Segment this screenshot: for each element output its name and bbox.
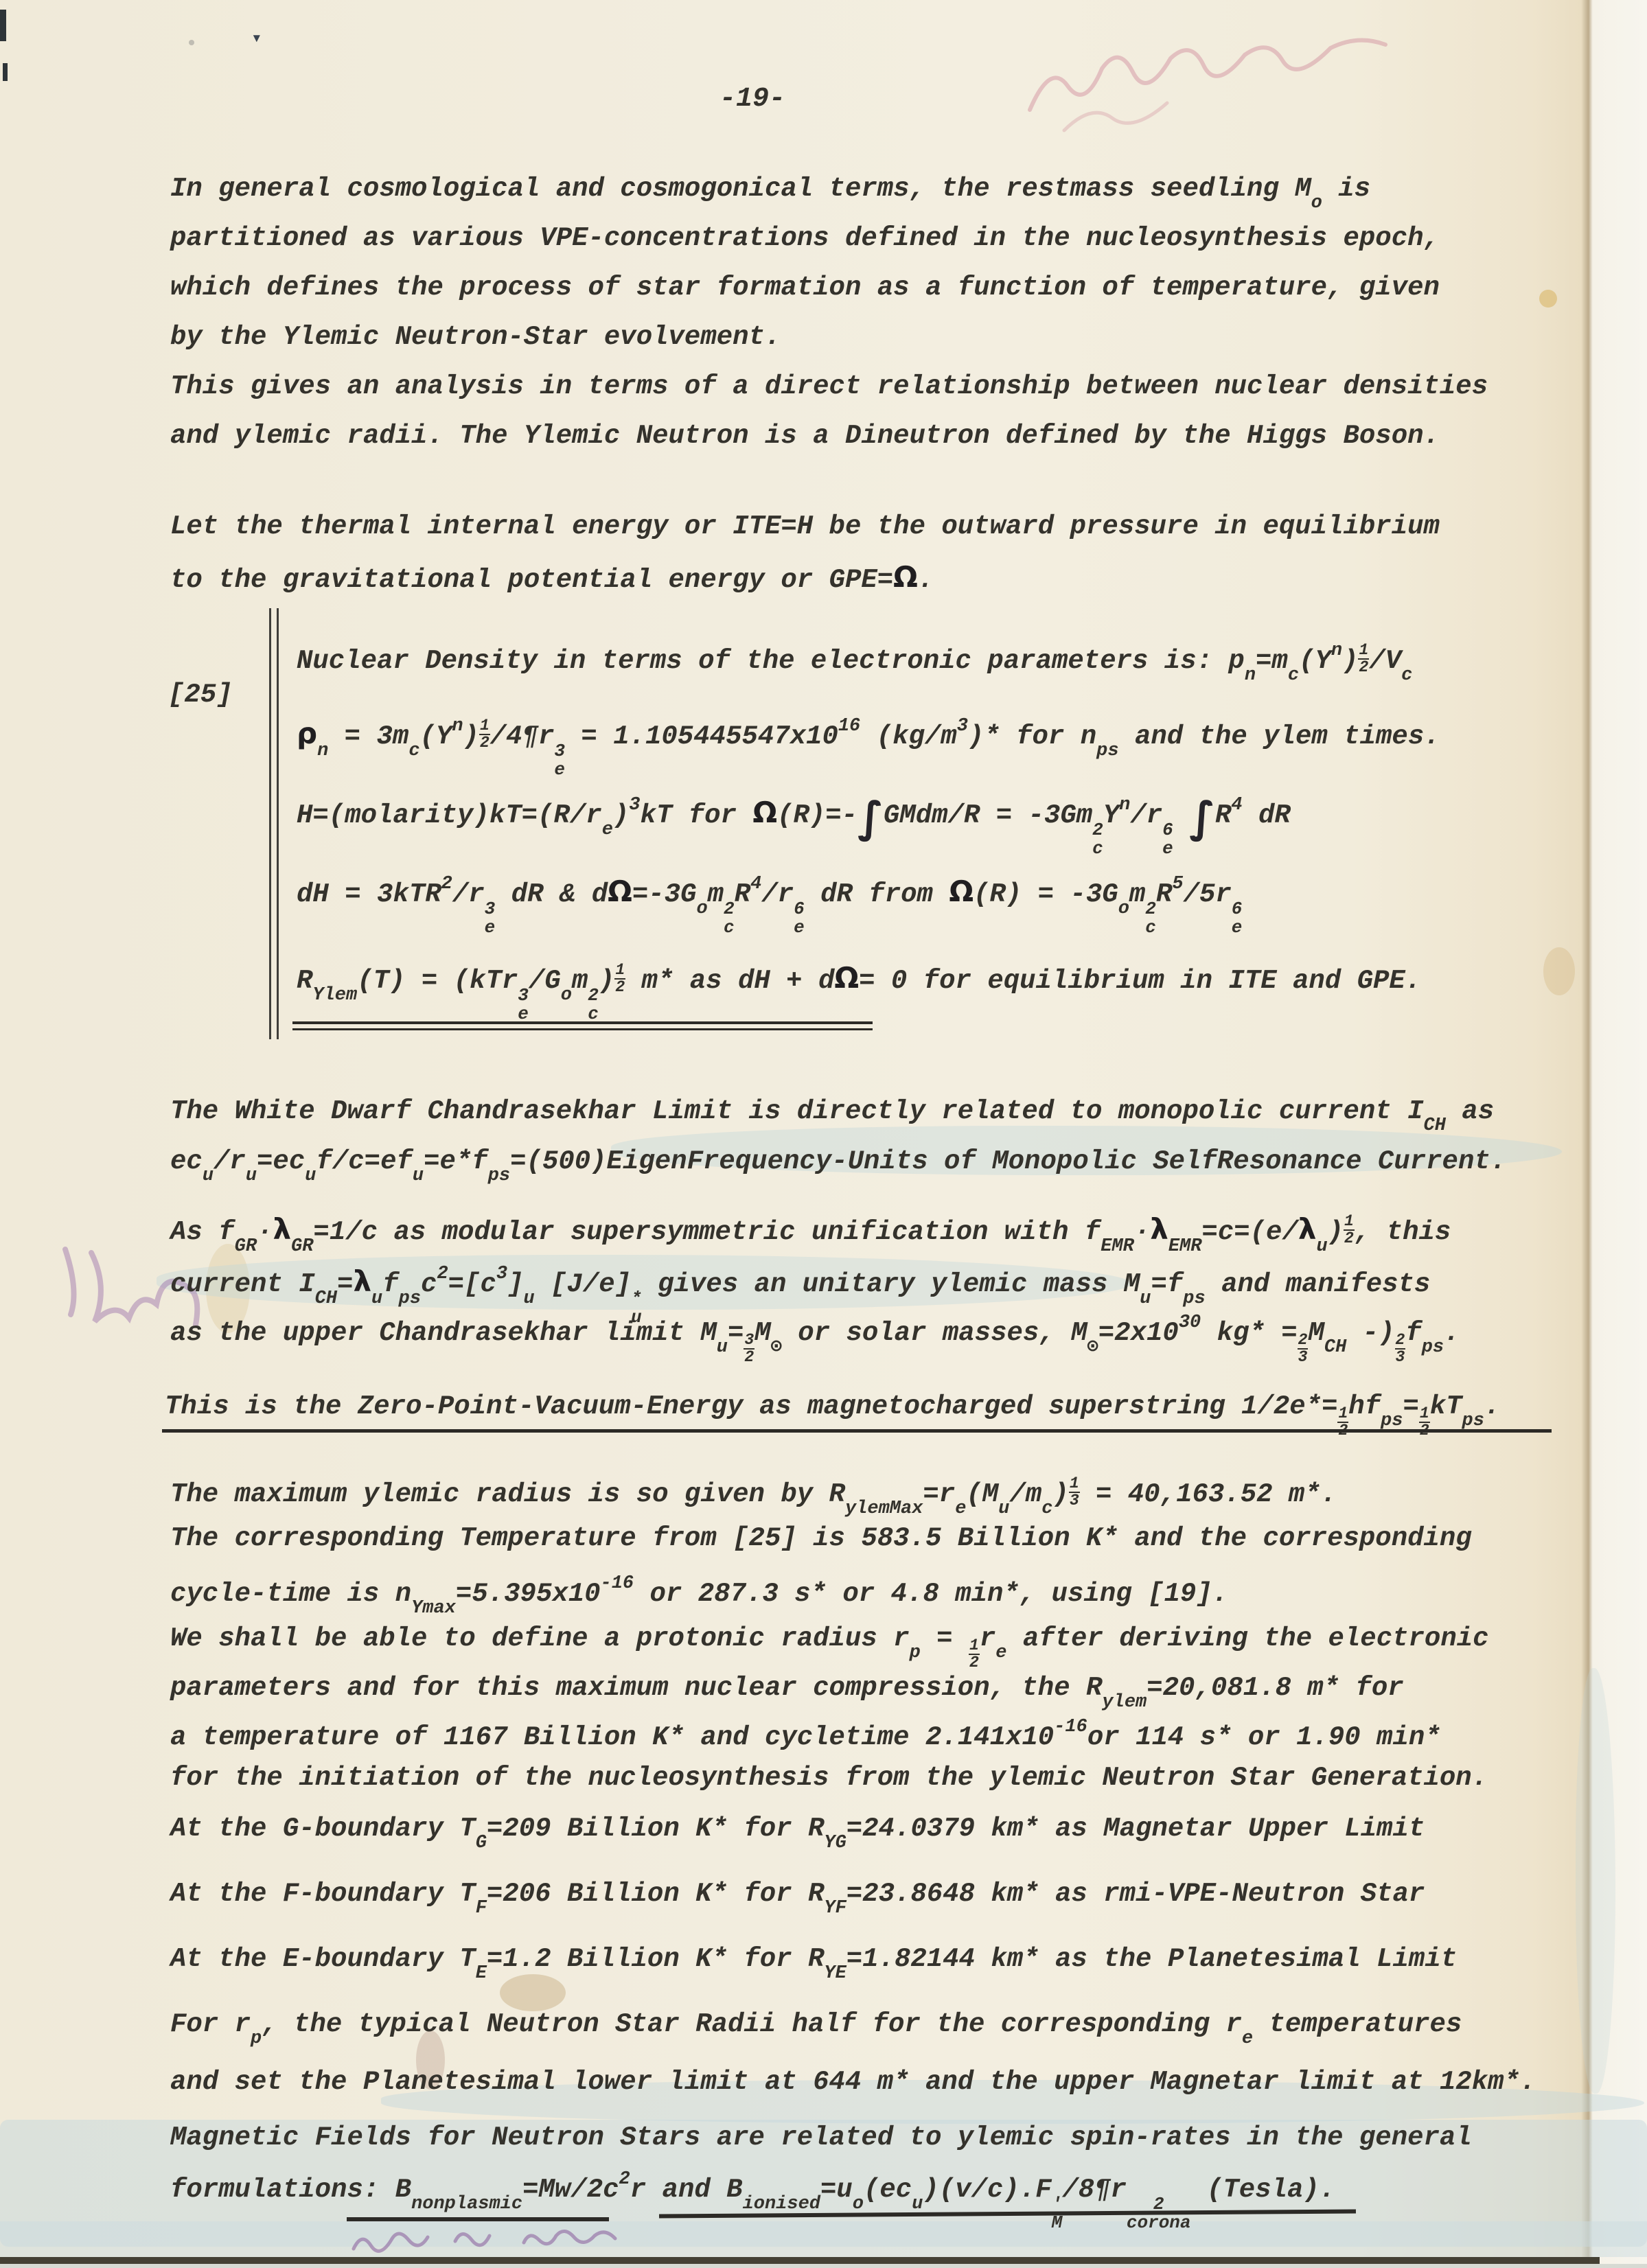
text-line: At the E-boundary TE=1.2 Billion K* for … [170,1946,1457,1983]
ink-dot [189,40,194,45]
text-line: and ylemic radii. The Ylemic Neutron is … [170,423,1440,450]
text-line: a temperature of 1167 Billion K* and cyc… [170,1718,1441,1751]
underline [347,2217,609,2221]
blue-wash [1576,1668,1615,2094]
paper-stain [1539,290,1557,308]
text-line: The White Dwarf Chandrasekhar Limit is d… [170,1098,1494,1135]
text-line: At the F-boundary TF=206 Billion K* for … [170,1881,1425,1918]
equation-line: Nuclear Density in terms of the electron… [297,642,1412,685]
text-line: The corresponding Temperature from [25] … [170,1525,1472,1552]
handwriting-scrawl-top-right [1016,27,1401,151]
page-number: -19- [719,84,785,115]
text-line: to the gravitational potential energy or… [170,563,934,594]
text-line: as the upper Chandrasekhar limit Mu=32M⊙… [170,1314,1460,1365]
equation-line: dH = 3kTR2/r3e dR & dΩ=-3Gom2cR4/r6e dR … [297,875,1242,938]
text-line: ecu/ru=ecuf/c=efu=e*fps=(500)EigenFreque… [170,1148,1506,1185]
equation-line: ρn = 3mc(Yn)12/4¶r3e = 1.105445547x1016 … [297,717,1440,780]
page-bottom-edge [0,2257,1600,2264]
text-line: We shall be able to define a protonic ra… [170,1625,1489,1671]
text-line: cycle-time is nYmax=5.395x10-16 or 287.3… [170,1575,1228,1618]
paper-stain [1543,947,1575,995]
text-line: for the initiation of the nucleosynthesi… [170,1765,1488,1792]
equation-label: [25] [168,680,233,710]
text-line: This gives an analysis in terms of a dir… [170,373,1488,400]
text-line: Let the thermal internal energy or ITE=H… [170,513,1440,540]
text-line: At the G-boundary TG=209 Billion K* for … [170,1816,1425,1853]
text-line: which defines the process of star format… [170,275,1440,301]
text-line: The maximum ylemic radius is so given by… [170,1476,1337,1518]
text-line: partitioned as various VPE-concentration… [170,225,1440,252]
scan-bed-strip [0,2264,1647,2268]
typewritten-manuscript-page: ▾ -19- In general cosmological and cosmo… [0,0,1647,2268]
equation-bracket-line [269,608,279,1039]
text-line: Magnetic Fields for Neutron Stars are re… [170,2125,1472,2151]
text-line: For rp, the typical Neutron Star Radii h… [170,2011,1462,2048]
double-underline [292,1021,873,1030]
underline [162,1429,1552,1433]
text-line: by the Ylemic Neutron-Star evolvement. [170,324,781,351]
text-line: and set the Planetesimal lower limit at … [170,2069,1536,2096]
text-line: In general cosmological and cosmogonical… [170,176,1370,213]
text-line: parameters and for this maximum nuclear … [170,1675,1404,1712]
text-line: formulations: Bnonplasmic=Mw/2c2r and Bi… [170,2171,1335,2233]
scan-speck [3,63,8,81]
text-line: As fGR·λGR=1/c as modular supersymmetric… [170,1214,1451,1256]
scan-speck [0,10,6,41]
ink-mark: ▾ [251,27,262,49]
equation-line: H=(molarity)kT=(R/re)3kT for Ω(R)=-∫GMdm… [297,796,1291,859]
equation-line: RYlem(T) = (kTr3e/Gom2c)12 m* as dH + dΩ… [297,962,1421,1024]
